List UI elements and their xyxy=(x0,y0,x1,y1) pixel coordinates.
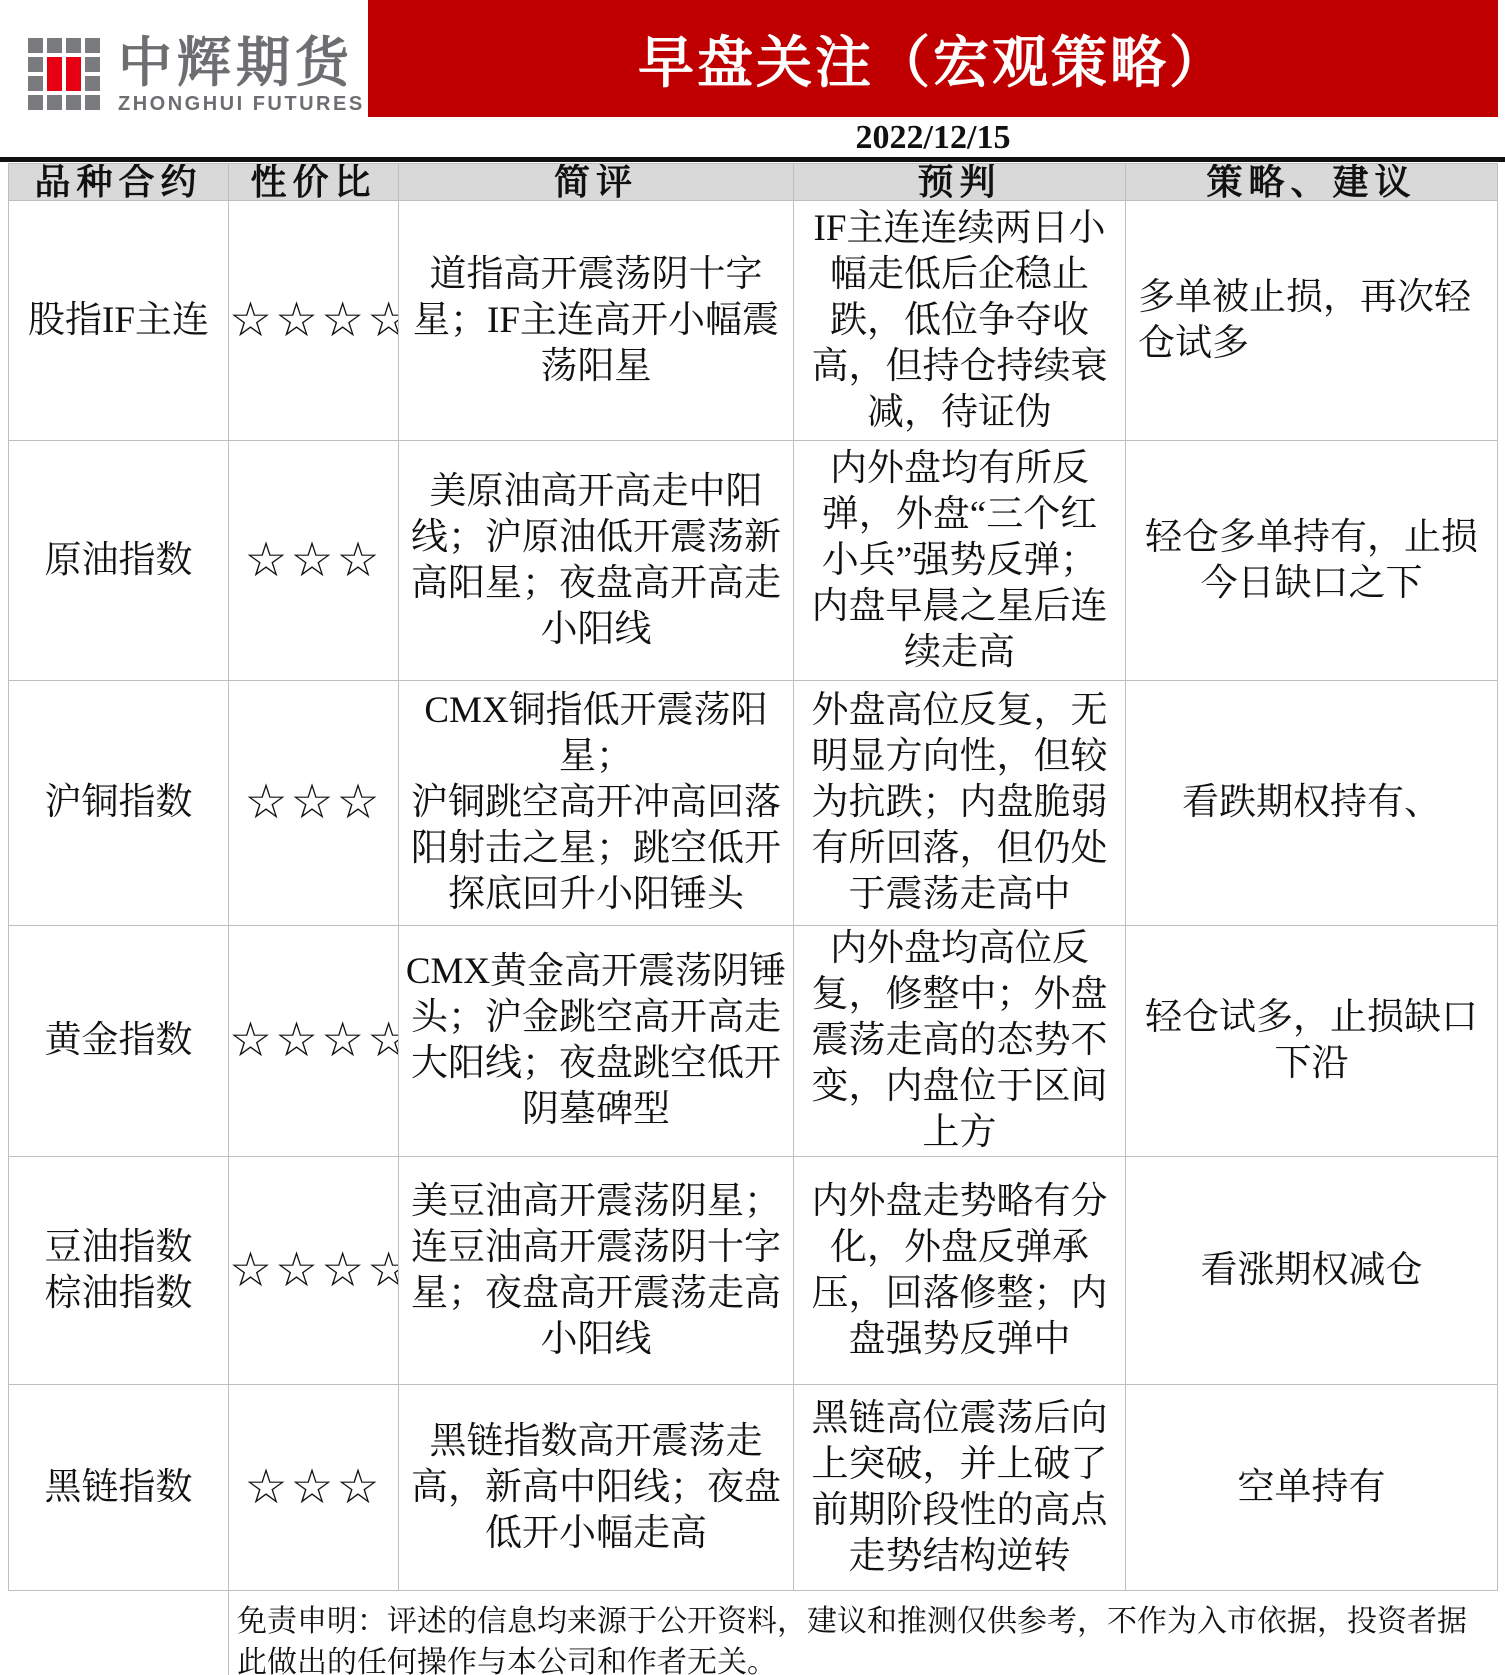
contract-cell: 原油指数 xyxy=(9,441,229,681)
disclaimer-row: 免责申明：评述的信息均来源于公开资料，建议和推测仅供参考，不作为入市依据，投资者… xyxy=(9,1591,1498,1675)
table-row: 沪铜指数 ☆☆☆ CMX铜指低开震荡阳星； 沪铜跳空高开冲高回落 阳射击之星；跳… xyxy=(9,681,1498,926)
contract-cell: 豆油指数 棕油指数 xyxy=(9,1157,229,1385)
strategy-cell: 看涨期权减仓 xyxy=(1126,1157,1498,1385)
header-contract: 品种合约 xyxy=(9,164,229,201)
title-banner: 早盘关注（宏观策略） xyxy=(368,0,1498,117)
forecast-cell: 内外盘均高位反 复，修整中；外盘 震荡走高的态势不 变，内盘位于区间 上方 xyxy=(794,926,1126,1157)
forecast-cell: IF主连连续两日小 幅走低后企稳止 跌，低位争夺收 高，但持仓持续衰 减，待证伪 xyxy=(794,201,1126,441)
header-strategy: 策略、建议 xyxy=(1126,164,1498,201)
disclaimer-text: 免责申明：评述的信息均来源于公开资料，建议和推测仅供参考，不作为入市依据，投资者… xyxy=(229,1591,1498,1675)
company-logo: 中辉期货 ZHONGHUI FUTURES xyxy=(28,34,365,116)
contract-cell: 黑链指数 xyxy=(9,1385,229,1591)
logo-name-cn: 中辉期货 xyxy=(118,34,365,92)
strategy-cell: 空单持有 xyxy=(1126,1385,1498,1591)
table-row: 原油指数 ☆☆☆ 美原油高开高走中阳 线；沪原油低开震荡新 高阳星；夜盘高开高走… xyxy=(9,441,1498,681)
comment-cell: 黑链指数高开震荡走 高，新高中阳线；夜盘 低开小幅走高 xyxy=(399,1385,794,1591)
rating-stars: ☆☆☆ xyxy=(229,441,399,681)
rating-stars: ☆☆☆☆ xyxy=(229,926,399,1157)
header-rating: 性价比 xyxy=(229,164,399,201)
strategy-table: 品种合约 性价比 简评 预判 策略、建议 股指IF主连 ☆☆☆☆ 道指高开震荡阴… xyxy=(8,163,1498,1675)
strategy-cell: 多单被止损，再次轻 仓试多 xyxy=(1126,201,1498,441)
rating-stars: ☆☆☆☆ xyxy=(229,1157,399,1385)
comment-cell: CMX黄金高开震荡阴锤 头；沪金跳空高开高走 大阳线；夜盘跳空低开 阴墓碑型 xyxy=(399,926,794,1157)
report-date: 2022/12/15 xyxy=(368,117,1498,158)
logo-grid-icon xyxy=(28,38,100,110)
table-row: 黄金指数 ☆☆☆☆ CMX黄金高开震荡阴锤 头；沪金跳空高开高走 大阳线；夜盘跳… xyxy=(9,926,1498,1157)
forecast-cell: 黑链高位震荡后向 上突破，并上破了 前期阶段性的高点 走势结构逆转 xyxy=(794,1385,1126,1591)
logo-name-en: ZHONGHUI FUTURES xyxy=(118,93,365,116)
top-divider xyxy=(0,157,1505,162)
contract-cell: 沪铜指数 xyxy=(9,681,229,926)
header-forecast: 预判 xyxy=(794,164,1126,201)
logo-red-bar xyxy=(66,57,81,91)
table-header-row: 品种合约 性价比 简评 预判 策略、建议 xyxy=(9,164,1498,201)
logo-red-bar xyxy=(47,57,62,91)
report-page: 中辉期货 ZHONGHUI FUTURES 早盘关注（宏观策略） 2022/12… xyxy=(0,0,1505,1675)
comment-cell: CMX铜指低开震荡阳星； 沪铜跳空高开冲高回落 阳射击之星；跳空低开 探底回升小… xyxy=(399,681,794,926)
rating-stars: ☆☆☆ xyxy=(229,681,399,926)
logo-text: 中辉期货 ZHONGHUI FUTURES xyxy=(118,34,365,116)
disclaimer-empty-cell xyxy=(9,1591,229,1675)
forecast-cell: 外盘高位反复，无 明显方向性，但较 为抗跌；内盘脆弱 有所回落，但仍处 于震荡走… xyxy=(794,681,1126,926)
strategy-cell: 轻仓多单持有，止损 今日缺口之下 xyxy=(1126,441,1498,681)
contract-cell: 股指IF主连 xyxy=(9,201,229,441)
page-title: 早盘关注（宏观策略） xyxy=(638,19,1228,99)
comment-cell: 美原油高开高走中阳 线；沪原油低开震荡新 高阳星；夜盘高开高走 小阳线 xyxy=(399,441,794,681)
rating-stars: ☆☆☆ xyxy=(229,1385,399,1591)
strategy-cell: 看跌期权持有、 xyxy=(1126,681,1498,926)
forecast-cell: 内外盘走势略有分 化，外盘反弹承 压，回落修整；内 盘强势反弹中 xyxy=(794,1157,1126,1385)
table-row: 黑链指数 ☆☆☆ 黑链指数高开震荡走 高，新高中阳线；夜盘 低开小幅走高 黑链高… xyxy=(9,1385,1498,1591)
contract-cell: 黄金指数 xyxy=(9,926,229,1157)
table-row: 股指IF主连 ☆☆☆☆ 道指高开震荡阴十字 星；IF主连高开小幅震 荡阳星 IF… xyxy=(9,201,1498,441)
rating-stars: ☆☆☆☆ xyxy=(229,201,399,441)
forecast-cell: 内外盘均有所反 弹，外盘“三个红 小兵”强势反弹； 内盘早晨之星后连 续走高 xyxy=(794,441,1126,681)
comment-cell: 美豆油高开震荡阴星； 连豆油高开震荡阴十字 星；夜盘高开震荡走高 小阳线 xyxy=(399,1157,794,1385)
table-row: 豆油指数 棕油指数 ☆☆☆☆ 美豆油高开震荡阴星； 连豆油高开震荡阴十字 星；夜… xyxy=(9,1157,1498,1385)
header-comment: 简评 xyxy=(399,164,794,201)
strategy-cell: 轻仓试多，止损缺口 下沿 xyxy=(1126,926,1498,1157)
comment-cell: 道指高开震荡阴十字 星；IF主连高开小幅震 荡阳星 xyxy=(399,201,794,441)
